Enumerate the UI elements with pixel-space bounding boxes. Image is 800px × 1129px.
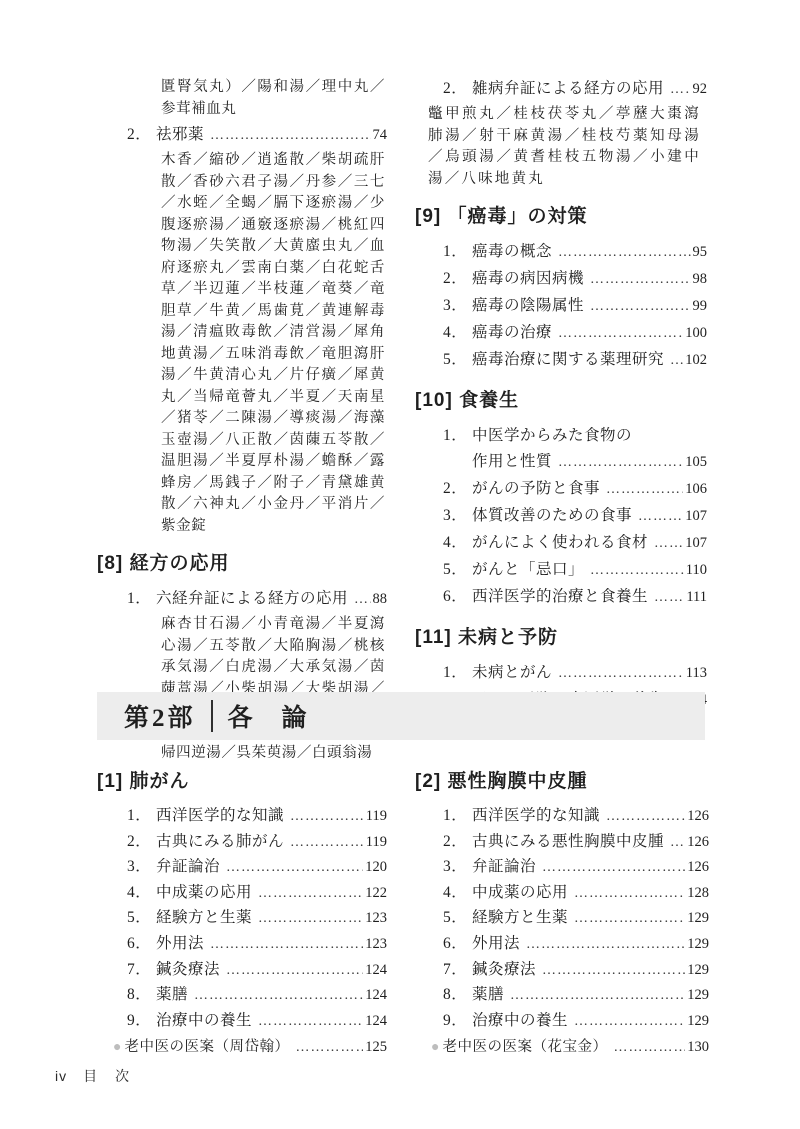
entry-page-number: 124 — [365, 958, 387, 983]
toc-column-bottom-right: [2] 悪性胸膜中皮腫 1． 西洋医学的な知識 126 2． 古典にみる悪性胸膜… — [417, 768, 709, 1061]
entry-page-number: 125 — [365, 1035, 387, 1060]
entry-number: 2． — [443, 476, 472, 502]
entry-number: 7． — [127, 958, 156, 983]
entry-page-number: 98 — [693, 266, 708, 292]
entry-title: 弁証論治 — [472, 855, 536, 880]
entry-title: 古典にみる肺がん — [156, 830, 284, 855]
part-divider — [211, 700, 213, 732]
entry-number: 3． — [127, 855, 156, 880]
toc-entry: 5． 経験方と生薬 129 — [443, 906, 709, 932]
toc-entry: 2． 古典にみる悪性胸膜中皮腫 126 — [443, 830, 709, 856]
entry-page-number: 126 — [687, 855, 709, 880]
dot-leader — [542, 855, 685, 881]
entry-page-number: 106 — [685, 476, 707, 502]
entry-title: 雑病弁証による経方の応用 — [472, 76, 664, 102]
toc-column-top-left: 匱腎気丸）／陽和湯／理中丸／参茸補血丸 2． 祛邪薬 74 木香／縮砂／逍遙散／… — [99, 76, 387, 767]
dot-leader — [638, 503, 683, 530]
entry-page-number: 129 — [687, 1009, 709, 1034]
entry-title: 癌毒の概念 — [472, 239, 552, 265]
entry-number: 6． — [127, 932, 156, 957]
entry-number: 4． — [127, 881, 156, 906]
toc-entry: 6． 外用法 123 — [127, 932, 387, 958]
toc-entry: 2． 古典にみる肺がん 119 — [127, 830, 387, 856]
section-heading: [9] 「癌毒」の対策 — [415, 203, 707, 230]
dot-leader — [670, 347, 683, 374]
dot-leader — [290, 830, 364, 856]
entry-number: 5． — [443, 906, 472, 931]
entry-number: 1． — [443, 423, 472, 449]
entry-title: 鍼灸療法 — [156, 958, 220, 983]
entry-page-number: 110 — [686, 557, 707, 583]
footer-label: 目 次 — [83, 1066, 131, 1086]
entry-number: 4． — [443, 530, 472, 556]
entry-page-number: 113 — [686, 660, 707, 686]
dot-leader — [295, 1035, 363, 1061]
entry-title: 治療中の養生 — [156, 1009, 252, 1034]
entry-number: 9． — [127, 1009, 156, 1034]
dot-leader — [354, 586, 370, 613]
dot-leader — [606, 476, 683, 503]
entry-title: がんの予防と食事 — [472, 476, 600, 502]
entry-title: 癌毒の病因病機 — [472, 266, 584, 292]
entry-title: 経験方と生薬 — [472, 906, 568, 931]
footer-page-number: iv — [55, 1068, 67, 1084]
part-band: 第2部 各 論 — [97, 692, 705, 740]
entry-page-number: 107 — [685, 530, 707, 556]
dot-leader — [670, 830, 685, 856]
entry-title: がんによく使われる食材 — [472, 530, 648, 556]
toc-entry: 7． 鍼灸療法 124 — [127, 958, 387, 984]
entry-number: 5． — [443, 347, 472, 373]
section-heading: [1] 肺がん — [97, 768, 387, 795]
dot-leader — [210, 122, 370, 149]
toc-entry: 3． 弁証論治 120 — [127, 855, 387, 881]
entry-page-number: 129 — [687, 983, 709, 1008]
dot-leader — [194, 983, 363, 1009]
dot-leader — [558, 660, 684, 687]
toc-entry: 2． がんの予防と食事 106 — [443, 476, 707, 503]
entry-page-number: 105 — [685, 449, 707, 475]
toc-entry: 3． 癌毒の陰陽属性 99 — [443, 293, 707, 320]
entry-page-number: 123 — [365, 932, 387, 957]
entry-page-number: 100 — [685, 320, 707, 346]
entry-title: 西洋医学的な知識 — [472, 804, 600, 829]
dot-leader — [226, 958, 363, 984]
toc-column-top-right: 2． 雑病弁証による経方の応用 92 鼈甲煎丸／桂枝茯苓丸／葶藶大棗瀉肺湯／射干… — [417, 76, 707, 714]
dot-leader — [654, 584, 684, 611]
part-number: 第2部 — [124, 698, 196, 734]
toc-entry: 1． 西洋医学的な知識 119 — [127, 804, 387, 830]
entry-page-number: 123 — [365, 906, 387, 931]
entry-number: 9． — [443, 1009, 472, 1034]
entry-number: 8． — [443, 983, 472, 1008]
entry-number: 2． — [127, 122, 156, 148]
entry-page-number: 95 — [693, 239, 708, 265]
toc-entry: 2． 癌毒の病因病機 98 — [443, 266, 707, 293]
entry-number: 4． — [443, 881, 472, 906]
entry-page-number: 129 — [687, 906, 709, 931]
toc-entry: 5． 癌毒治療に関する薬理研究 102 — [443, 347, 707, 374]
dot-leader — [606, 804, 685, 830]
entry-page-number: 119 — [366, 830, 387, 855]
toc-entry: 1． 癌毒の概念 95 — [443, 239, 707, 266]
dot-leader — [574, 1009, 685, 1035]
entry-page-number: 88 — [373, 586, 388, 612]
toc-entry: 4． 中成薬の応用 122 — [127, 881, 387, 907]
entry-page-number: 129 — [687, 932, 709, 957]
toc-entry: 8． 薬膳 124 — [127, 983, 387, 1009]
dot-leader — [670, 76, 690, 103]
toc-entry: 5． 経験方と生薬 123 — [127, 906, 387, 932]
toc-entry: 1． 六経弁証による経方の応用 88 — [127, 586, 387, 613]
toc-entry: 5． がんと「忌口」 110 — [443, 557, 707, 584]
entry-title: がんと「忌口」 — [472, 557, 584, 583]
entry-number: 3． — [443, 503, 472, 529]
entry-title: 外用法 — [156, 932, 204, 957]
dot-leader — [510, 983, 685, 1009]
entry-title: 鍼灸療法 — [472, 958, 536, 983]
entry-title: 中成薬の応用 — [156, 881, 252, 906]
entry-page-number: 102 — [685, 347, 707, 373]
bullet-icon: ● — [431, 1034, 439, 1059]
toc-entry: 1． 西洋医学的な知識 126 — [443, 804, 709, 830]
entry-title: 弁証論治 — [156, 855, 220, 880]
dot-leader — [558, 239, 690, 266]
dot-leader — [590, 266, 690, 293]
case-label: 老中医の医案（花宝金） — [442, 1035, 607, 1060]
entry-number: 6． — [443, 584, 472, 610]
part-title: 各 論 — [228, 698, 309, 734]
entry-title: 中成薬の応用 — [472, 881, 568, 906]
entry-number: 1． — [443, 239, 472, 265]
entry-title: 六経弁証による経方の応用 — [156, 586, 348, 612]
dot-leader — [290, 804, 364, 830]
entry-number: 1． — [443, 660, 472, 686]
toc-entry: 9． 治療中の養生 124 — [127, 1009, 387, 1035]
entry-number: 5． — [127, 906, 156, 931]
entry-number: 3． — [443, 293, 472, 319]
dot-leader — [613, 1035, 685, 1061]
toc-entry: 2． 祛邪薬 74 — [127, 122, 387, 149]
toc-entry: 1． 未病とがん 113 — [443, 660, 707, 687]
entry-title: 祛邪薬 — [156, 122, 204, 148]
entry-title: 体質改善のための食事 — [472, 503, 632, 529]
entry-title: 薬膳 — [472, 983, 504, 1008]
entry-page-number: 74 — [373, 122, 388, 148]
entry-number: 3． — [443, 855, 472, 880]
toc-entry-continued: 作用と性質 105 — [472, 449, 707, 476]
entry-page-number: 122 — [365, 881, 387, 906]
entry-title: 未病とがん — [472, 660, 552, 686]
dot-leader — [258, 881, 363, 907]
entry-title: 癌毒治療に関する薬理研究 — [472, 347, 664, 373]
entry-number: 2． — [443, 266, 472, 292]
entry-number: 2． — [443, 76, 472, 102]
section-heading: [8] 経方の応用 — [97, 550, 387, 577]
entry-page-number: 120 — [365, 855, 387, 880]
entry-number: 8． — [127, 983, 156, 1008]
dot-leader — [574, 881, 685, 907]
entry-number: 1． — [443, 804, 472, 829]
entry-title: 経験方と生薬 — [156, 906, 252, 931]
toc-column-bottom-left: [1] 肺がん 1． 西洋医学的な知識 119 2． 古典にみる肺がん 119 … — [99, 768, 387, 1061]
entry-number: 5． — [443, 557, 472, 583]
formula-list: 鼈甲煎丸／桂枝茯苓丸／葶藶大棗瀉肺湯／射干麻黄湯／桂枝芍薬知母湯／烏頭湯／黄耆桂… — [428, 104, 701, 190]
case-study-row: ● 老中医の医案（花宝金） 130 — [431, 1034, 709, 1061]
toc-page: 匱腎気丸）／陽和湯／理中丸／参茸補血丸 2． 祛邪薬 74 木香／縮砂／逍遙散／… — [0, 0, 800, 1129]
dot-leader — [258, 1009, 363, 1035]
dot-leader — [210, 932, 363, 958]
entry-page-number: 124 — [365, 983, 387, 1008]
entry-number: 2． — [127, 830, 156, 855]
dot-leader — [542, 958, 685, 984]
entry-title: 中医学からみた食物の — [472, 423, 632, 449]
toc-entry: 8． 薬膳 129 — [443, 983, 709, 1009]
entry-page-number: 119 — [366, 804, 387, 829]
entry-title: 外用法 — [472, 932, 520, 957]
dot-leader — [526, 932, 685, 958]
entry-page-number: 92 — [693, 76, 708, 102]
section-heading: [2] 悪性胸膜中皮腫 — [415, 768, 709, 795]
dot-leader — [574, 906, 685, 932]
toc-entry: 6． 西洋医学的治療と食養生 111 — [443, 584, 707, 611]
toc-entry: 3． 体質改善のための食事 107 — [443, 503, 707, 530]
dot-leader — [258, 906, 363, 932]
entry-page-number: 111 — [686, 584, 707, 610]
toc-entry: 4． 癌毒の治療 100 — [443, 320, 707, 347]
toc-entry: 4． がんによく使われる食材 107 — [443, 530, 707, 557]
continuation-text: 匱腎気丸）／陽和湯／理中丸／参茸補血丸 — [161, 77, 385, 120]
formula-list: 麻杏甘石湯／小青竜湯／半夏瀉心湯／五苓散／大陥胸湯／桃核承気湯／白虎湯／大承気湯… — [161, 614, 385, 765]
entry-page-number: 124 — [365, 1009, 387, 1034]
section-heading: [10] 食養生 — [415, 387, 707, 414]
toc-entry: 2． 雑病弁証による経方の応用 92 — [443, 76, 707, 103]
entry-page-number: 129 — [687, 958, 709, 983]
entry-page-number: 99 — [693, 293, 708, 319]
section-heading: [11] 未病と予防 — [415, 624, 707, 651]
entry-number: 1． — [127, 586, 156, 612]
case-label: 老中医の医案（周岱翰） — [124, 1035, 289, 1060]
dot-leader — [590, 557, 684, 584]
entry-title: 癌毒の陰陽属性 — [472, 293, 584, 319]
entry-number: 7． — [443, 958, 472, 983]
toc-entry: 4． 中成薬の応用 128 — [443, 881, 709, 907]
formula-list: 木香／縮砂／逍遙散／柴胡疏肝散／香砂六君子湯／丹参／三七／水蛭／全蝎／膈下逐瘀湯… — [161, 150, 385, 537]
entry-page-number: 107 — [685, 503, 707, 529]
toc-entry: 7． 鍼灸療法 129 — [443, 958, 709, 984]
entry-number: 1． — [127, 804, 156, 829]
entry-number: 4． — [443, 320, 472, 346]
dot-leader — [654, 530, 683, 557]
entry-title: 作用と性質 — [472, 449, 552, 475]
entry-title: 古典にみる悪性胸膜中皮腫 — [472, 830, 664, 855]
toc-entry: 9． 治療中の養生 129 — [443, 1009, 709, 1035]
dot-leader — [226, 855, 363, 881]
entry-page-number: 130 — [687, 1035, 709, 1060]
entry-page-number: 128 — [687, 881, 709, 906]
entry-page-number: 126 — [687, 804, 709, 829]
dot-leader — [558, 449, 683, 476]
entry-number: 6． — [443, 932, 472, 957]
entry-title: 薬膳 — [156, 983, 188, 1008]
toc-entry: 6． 外用法 129 — [443, 932, 709, 958]
toc-entry: 1． 中医学からみた食物の — [443, 423, 707, 449]
entry-title: 癌毒の治療 — [472, 320, 552, 346]
case-study-row: ● 老中医の医案（周岱翰） 125 — [113, 1034, 387, 1061]
entry-title: 治療中の養生 — [472, 1009, 568, 1034]
page-footer: iv 目 次 — [55, 1066, 131, 1086]
entry-number: 2． — [443, 830, 472, 855]
dot-leader — [590, 293, 690, 320]
dot-leader — [558, 320, 683, 347]
entry-title: 西洋医学的な知識 — [156, 804, 284, 829]
toc-entry: 3． 弁証論治 126 — [443, 855, 709, 881]
entry-page-number: 126 — [687, 830, 709, 855]
bullet-icon: ● — [113, 1034, 121, 1059]
entry-title: 西洋医学的治療と食養生 — [472, 584, 648, 610]
